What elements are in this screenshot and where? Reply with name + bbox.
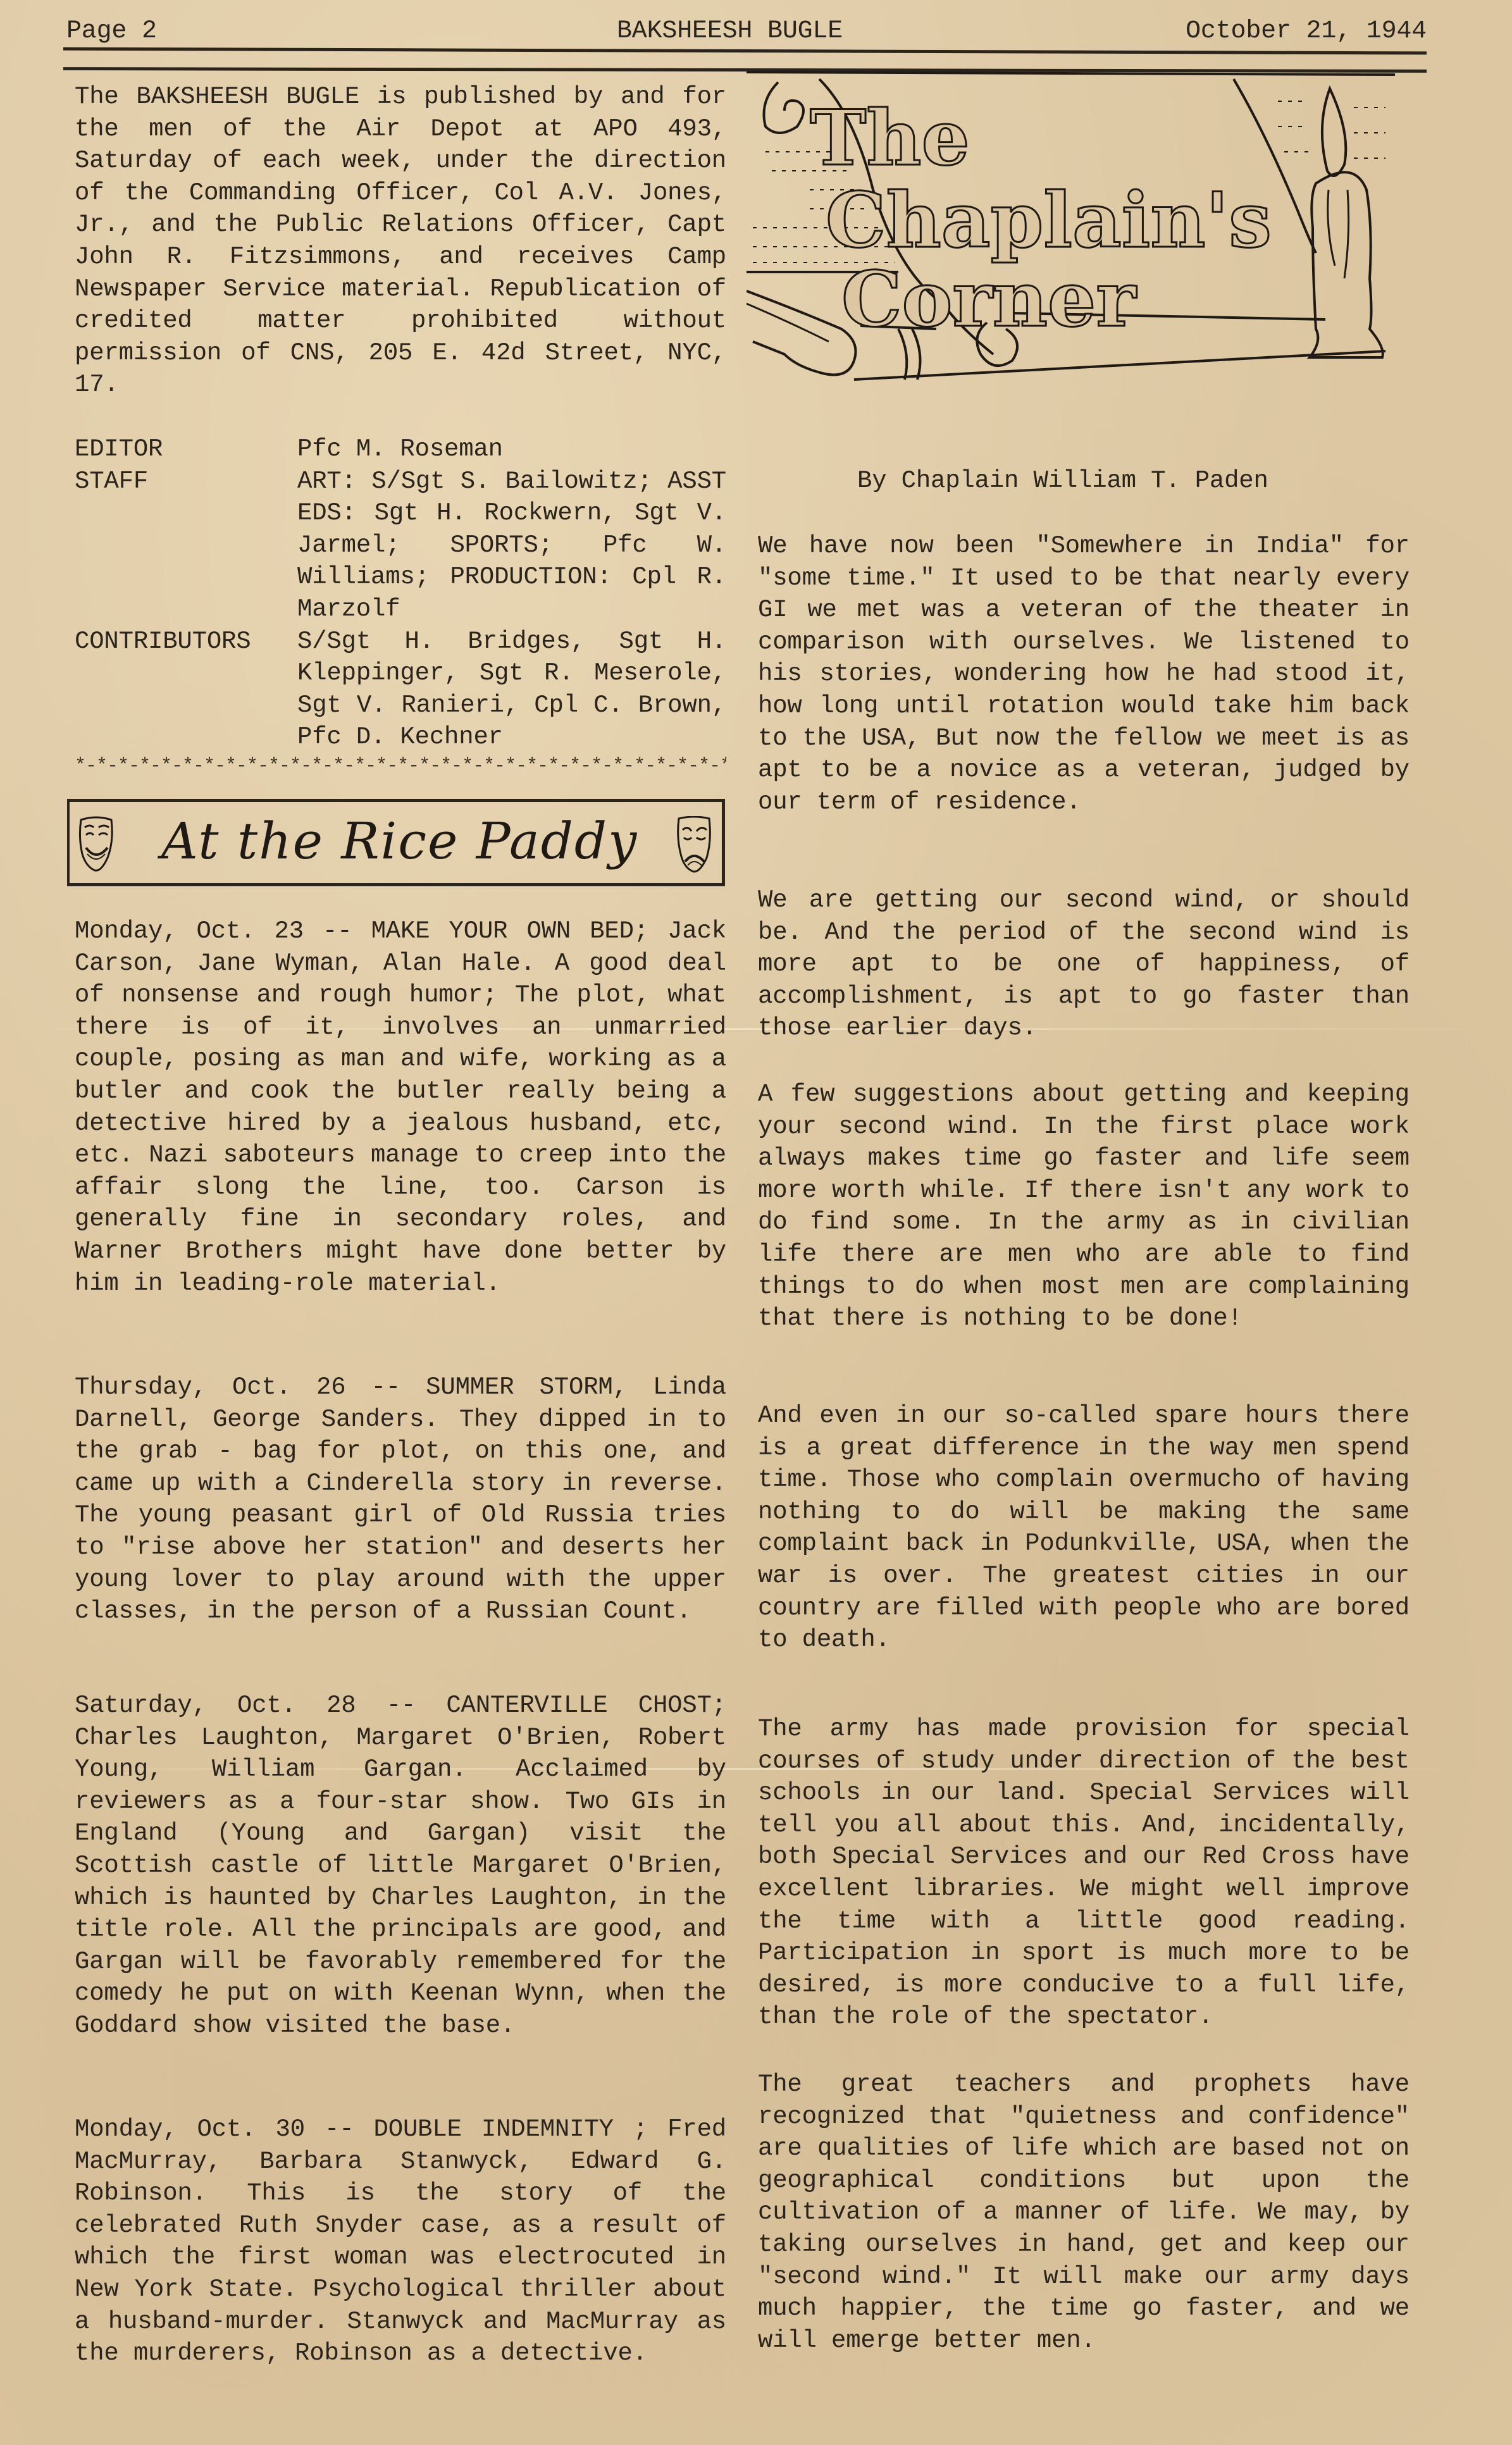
- publication-title: BAKSHEESH BUGLE: [617, 14, 843, 49]
- chaplain-title-line3: Corner: [841, 255, 1137, 344]
- movie-review: Monday, Oct. 30 -- DOUBLE INDEMNITY ; Fr…: [75, 2114, 726, 2370]
- paragraph-text: And even in our so-called spare hours th…: [758, 1400, 1410, 1656]
- newspaper-page: Page 2 BAKSHEESH BUGLE October 21, 1944 …: [0, 0, 1512, 2445]
- paragraph-text: The great teachers and prophets have rec…: [758, 2069, 1410, 2356]
- chaplain-paragraph: A few suggestions about getting and keep…: [758, 1079, 1410, 1335]
- staff-row-editor: EDITOR Pfc M. Roseman: [75, 433, 726, 466]
- staff-role: STAFF: [75, 466, 297, 626]
- star-divider: *-*-*-*-*-*-*-*-*-*-*-*-*-*-*-*-*-*-*-*-…: [75, 750, 726, 783]
- movie-review: Saturday, Oct. 28 -- CANTERVILLE CHOST; …: [75, 1690, 726, 2042]
- masthead-text: The BAKSHEESH BUGLE is published by and …: [75, 81, 726, 401]
- page-header: Page 2 BAKSHEESH BUGLE October 21, 1944: [66, 14, 1427, 52]
- staff-row-staff: STAFF ART: S/Sgt S. Bailowitz; ASST EDS:…: [75, 466, 726, 626]
- chaplain-title-line1: The: [810, 94, 970, 183]
- staff-role: CONTRIBUTORS: [75, 626, 297, 753]
- rice-paddy-banner: At the Rice Paddy: [67, 799, 725, 886]
- movie-review: Monday, Oct. 23 -- MAKE YOUR OWN BED; Ja…: [75, 915, 726, 1299]
- chaplain-paragraph: The great teachers and prophets have rec…: [758, 2069, 1410, 2356]
- staff-names: S/Sgt H. Bridges, Sgt H. Kleppinger, Sgt…: [297, 626, 726, 753]
- review-text: Monday, Oct. 30 -- DOUBLE INDEMNITY ; Fr…: [75, 2114, 726, 2370]
- chaplains-corner-illustration: The Chaplain's Corner: [747, 63, 1411, 474]
- chaplain-paragraph: We are getting our second wind, or shoul…: [758, 884, 1410, 1044]
- staff-names: Pfc M. Roseman: [297, 433, 726, 466]
- chaplain-paragraph: The army has made provision for special …: [758, 1713, 1410, 2033]
- staff-role: EDITOR: [75, 433, 297, 466]
- paragraph-text: We have now been "Somewhere in India" fo…: [758, 530, 1410, 818]
- rice-paddy-title: At the Rice Paddy: [161, 810, 638, 873]
- movie-review: Thursday, Oct. 26 -- SUMMER STORM, Linda…: [75, 1371, 726, 1628]
- staff-list: EDITOR Pfc M. Roseman STAFF ART: S/Sgt S…: [75, 433, 726, 753]
- staff-row-contributors: CONTRIBUTORS S/Sgt H. Bridges, Sgt H. Kl…: [75, 626, 726, 753]
- review-text: Thursday, Oct. 26 -- SUMMER STORM, Linda…: [75, 1371, 726, 1628]
- chaplain-title-line2: Chaplain's: [826, 176, 1272, 265]
- paragraph-text: The army has made provision for special …: [758, 1713, 1410, 2033]
- chaplain-paragraph: We have now been "Somewhere in India" fo…: [758, 530, 1410, 818]
- review-text: Saturday, Oct. 28 -- CANTERVILLE CHOST; …: [75, 1690, 726, 2042]
- issue-date: October 21, 1944: [1186, 14, 1427, 49]
- chaplain-byline: By Chaplain William T. Paden: [857, 465, 1268, 497]
- review-text: Monday, Oct. 23 -- MAKE YOUR OWN BED; Ja…: [75, 915, 726, 1299]
- tragedy-mask-icon: [676, 816, 712, 873]
- paragraph-text: A few suggestions about getting and keep…: [758, 1079, 1410, 1335]
- paragraph-text: We are getting our second wind, or shoul…: [758, 884, 1410, 1044]
- staff-names: ART: S/Sgt S. Bailowitz; ASST EDS: Sgt H…: [297, 466, 726, 626]
- page-number: Page 2: [66, 14, 157, 49]
- chaplain-paragraph: And even in our so-called spare hours th…: [758, 1400, 1410, 1656]
- comedy-mask-icon: [78, 816, 114, 873]
- masthead-statement: The BAKSHEESH BUGLE is published by and …: [75, 81, 726, 401]
